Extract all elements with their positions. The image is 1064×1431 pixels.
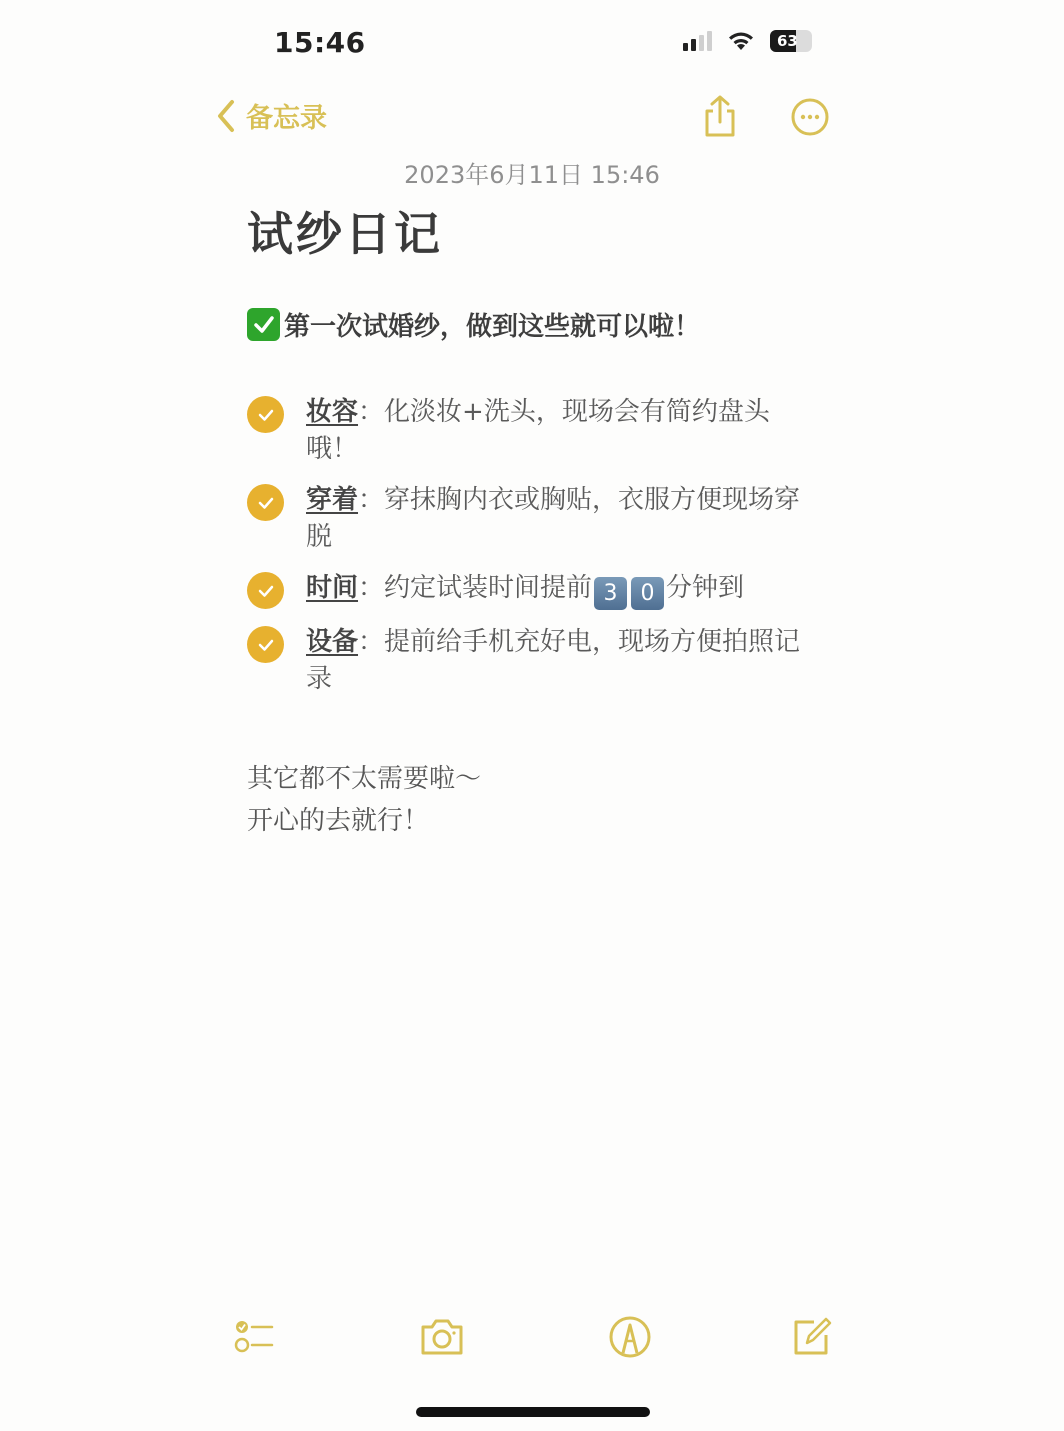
checklist-item-text[interactable]: 设备：提前给手机充好电，现场方便拍照记录 [306,624,806,698]
checklist-item-device: 设备：提前给手机充好电，现场方便拍照记录 [247,624,817,698]
intro-line[interactable]: 第一次试婚纱，做到这些就可以啦！ [247,306,700,343]
battery-level: 63 [770,32,798,50]
share-button[interactable] [700,94,740,138]
checklist-item-text[interactable]: 时间：约定试装时间提前30分钟到 [306,570,806,610]
checklist-key: 穿着 [306,485,358,515]
more-button[interactable] [790,97,830,137]
compose-icon [788,1313,836,1361]
note-footer[interactable]: 其它都不太需要啦～ 开心的去就行！ [247,758,481,842]
checked-circle-icon[interactable] [247,484,284,521]
checklist-key: 妆容 [306,397,358,427]
checklist-icon [232,1313,280,1361]
separator: ： [358,485,384,515]
back-label: 备忘录 [246,96,327,135]
checklist-detail: 分钟到 [666,573,744,603]
separator: ： [358,627,384,657]
checklist-key: 时间 [306,573,358,603]
keycap-digit-emoji-icon: 3 [594,577,627,610]
checklist-detail: 约定试装时间提前 [384,573,592,603]
checklist-key: 设备 [306,627,358,657]
separator: ： [358,573,384,603]
compose-button[interactable] [788,1313,836,1361]
checked-circle-icon[interactable] [247,572,284,609]
camera-icon [418,1313,466,1361]
checklist-item-clothing: 穿着：穿抹胸内衣或胸贴，衣服方便现场穿脱 [247,482,817,556]
markup-pen-icon [606,1313,654,1361]
back-button[interactable]: 备忘录 [216,96,327,135]
wifi-icon [726,30,756,52]
footer-line: 开心的去就行！ [247,800,481,842]
keycap-digit-emoji-icon: 0 [631,577,664,610]
footer-line: 其它都不太需要啦～ [247,758,481,800]
checklist-item-text[interactable]: 穿着：穿抹胸内衣或胸贴，衣服方便现场穿脱 [306,482,806,556]
checklist-item-makeup: 妆容：化淡妆+洗头，现场会有简约盘头哦！ [247,394,817,468]
status-indicators: 63 [683,30,812,52]
more-icon [790,97,830,137]
cellular-signal-icon [683,31,712,51]
home-indicator[interactable] [416,1407,650,1417]
note-title[interactable]: 试纱日记 [247,198,443,264]
share-icon [700,94,740,138]
intro-text: 第一次试婚纱，做到这些就可以啦！ [284,306,700,343]
checked-circle-icon[interactable] [247,396,284,433]
checklist-item-time: 时间：约定试装时间提前30分钟到 [247,570,817,610]
status-time: 15:46 [274,26,366,59]
battery-icon: 63 [770,30,812,52]
checklist-item-text[interactable]: 妆容：化淡妆+洗头，现场会有简约盘头哦！ [306,394,806,468]
notes-app-screen: 15:46 63 备忘录 2023年6月11日 15 [0,0,1064,1431]
note-date: 2023年6月11日 15:46 [0,155,1064,190]
checked-circle-icon[interactable] [247,626,284,663]
markup-button[interactable] [606,1313,654,1361]
green-check-emoji-icon [247,308,280,341]
checklist: 妆容：化淡妆+洗头，现场会有简约盘头哦！ 穿着：穿抹胸内衣或胸贴，衣服方便现场穿… [247,394,817,712]
separator: ： [358,397,384,427]
chevron-left-icon [216,99,236,133]
checklist-button[interactable] [232,1313,280,1361]
camera-button[interactable] [418,1313,466,1361]
